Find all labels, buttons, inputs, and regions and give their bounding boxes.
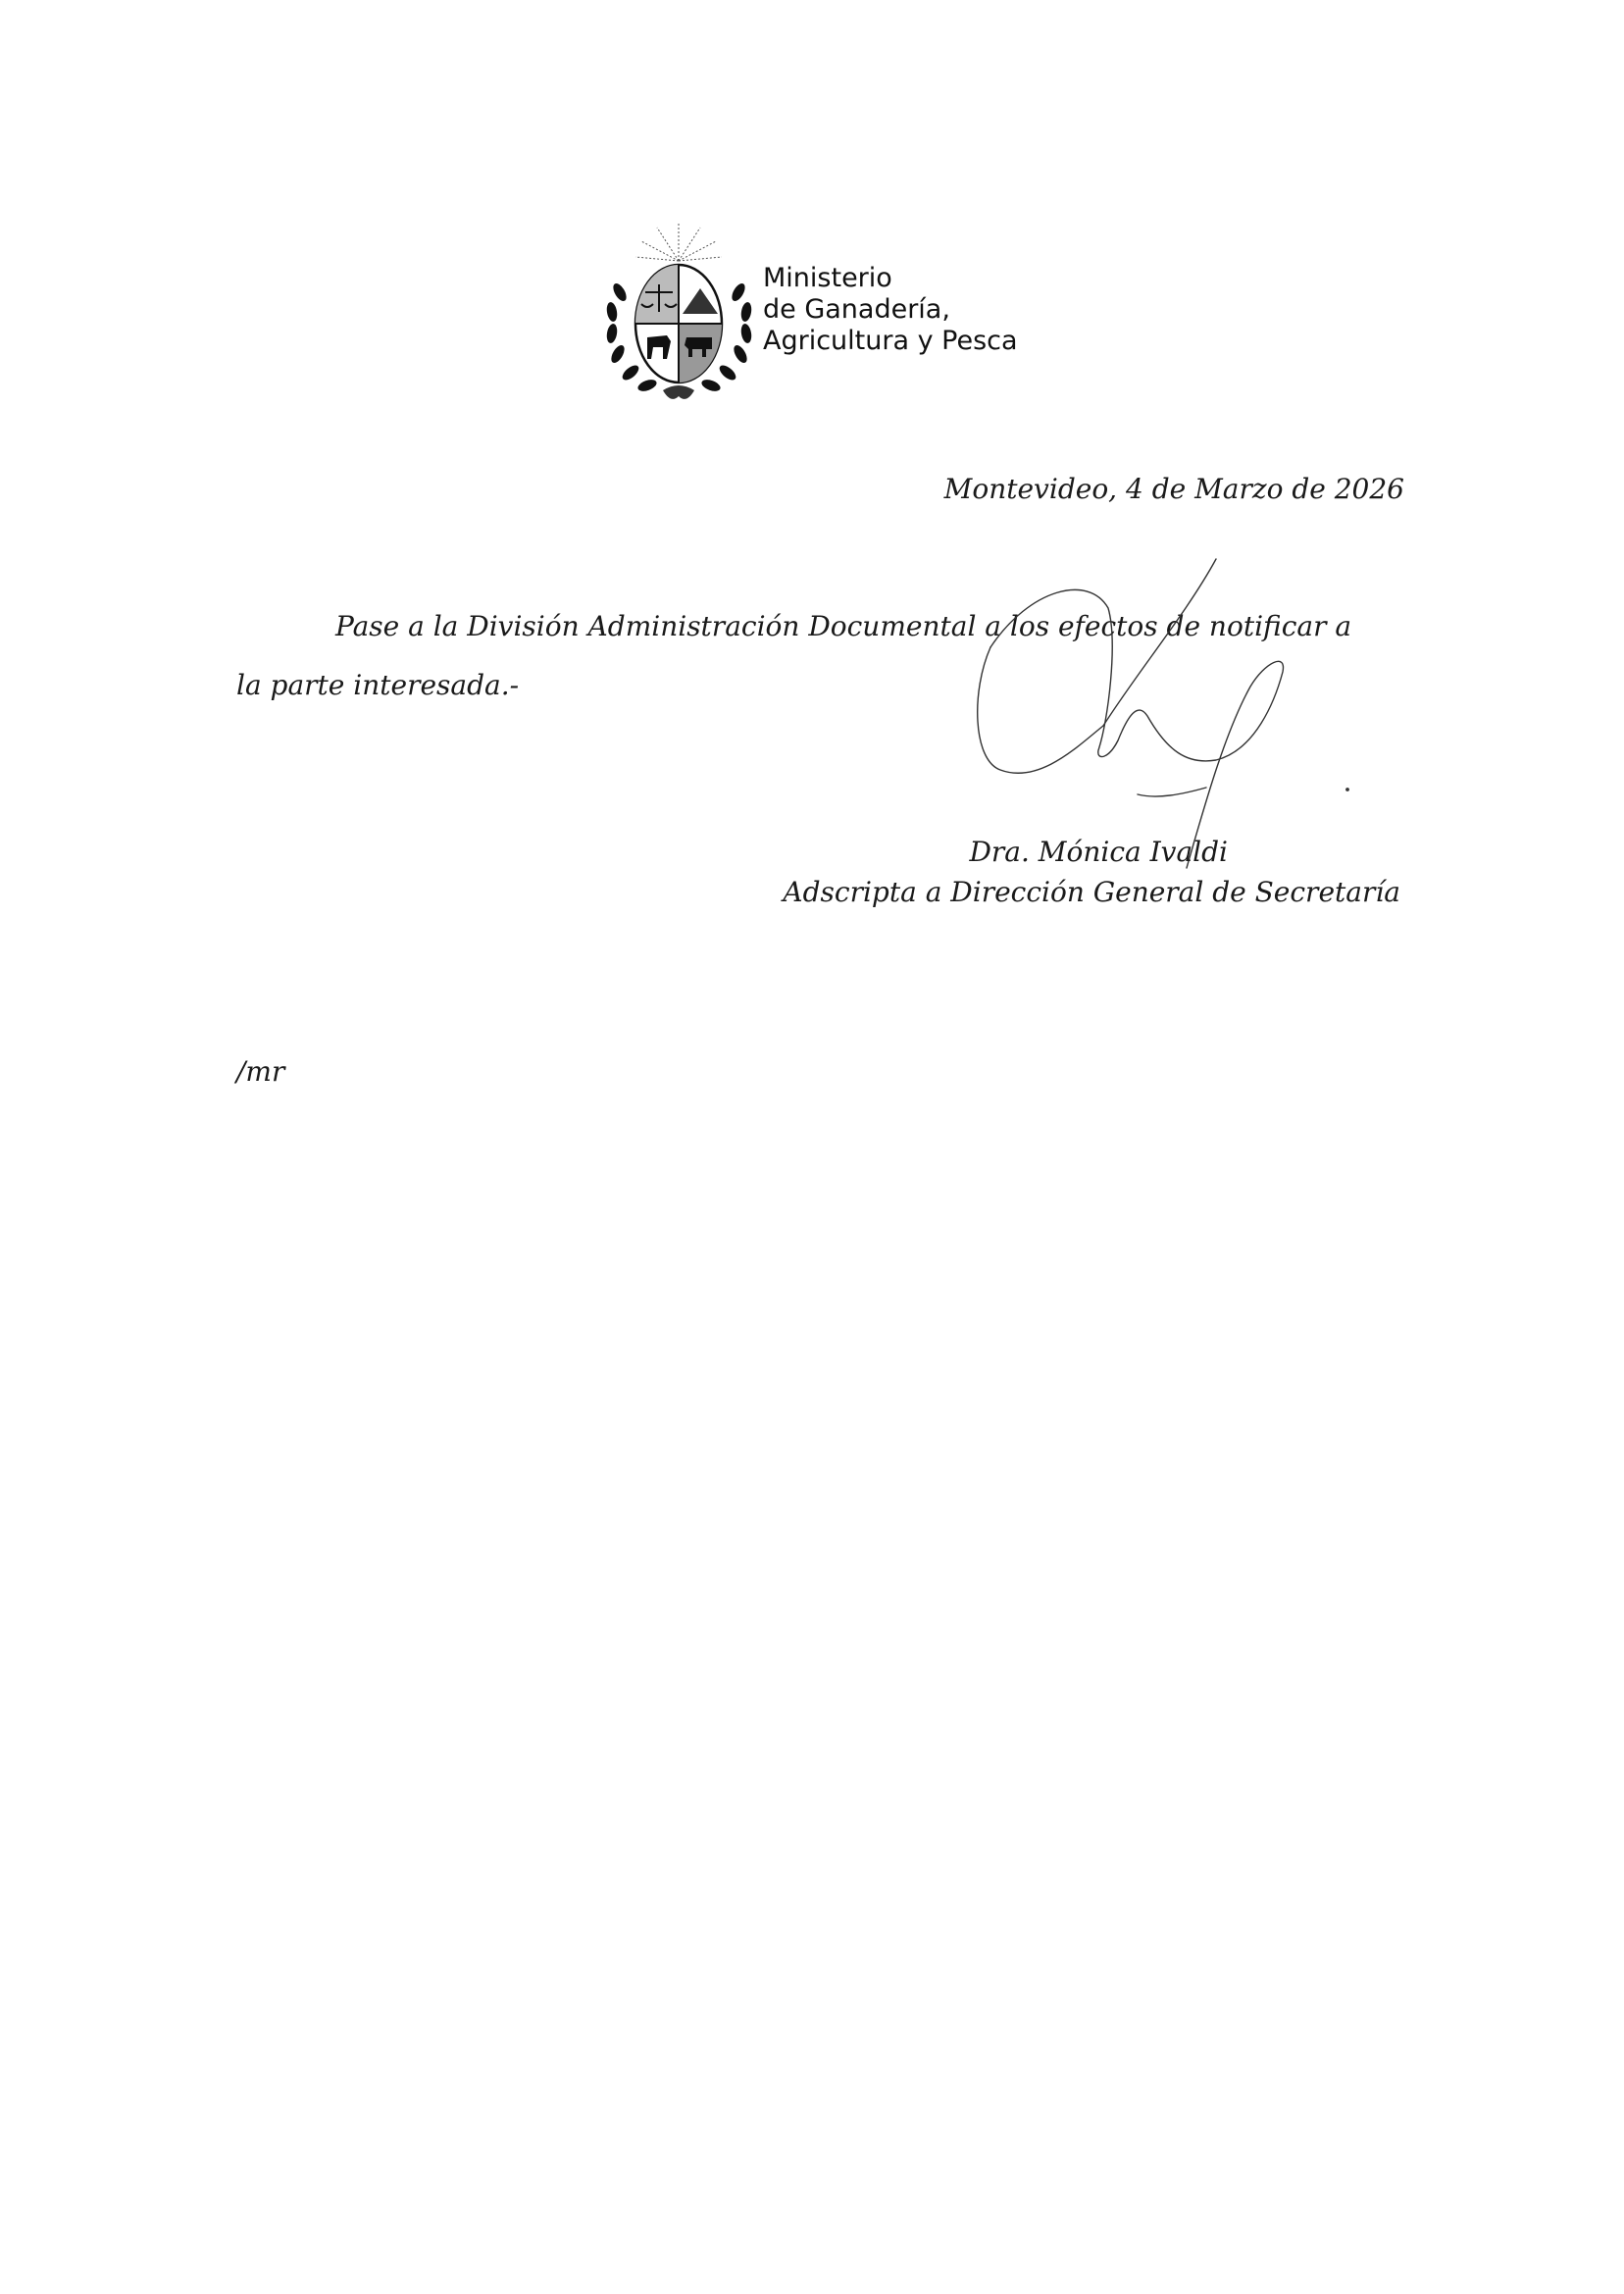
- ministry-name-line: Ministerio: [763, 263, 1018, 294]
- signer-name: Dra. Mónica Ivaldi: [969, 836, 1228, 868]
- ministry-name-line: Agricultura y Pesca: [763, 326, 1018, 357]
- coat-of-arms-icon: [598, 214, 760, 410]
- typist-initials: /mr: [236, 1055, 284, 1088]
- signer-title: Adscripta a Dirección General de Secreta…: [783, 876, 1400, 908]
- ministry-name-line: de Ganadería,: [763, 294, 1018, 326]
- date-line: Montevideo, 4 de Marzo de 2026: [944, 473, 1404, 505]
- body-text-line: la parte interesada.-: [236, 669, 519, 701]
- ministry-name: Ministerio de Ganadería, Agricultura y P…: [763, 263, 1018, 357]
